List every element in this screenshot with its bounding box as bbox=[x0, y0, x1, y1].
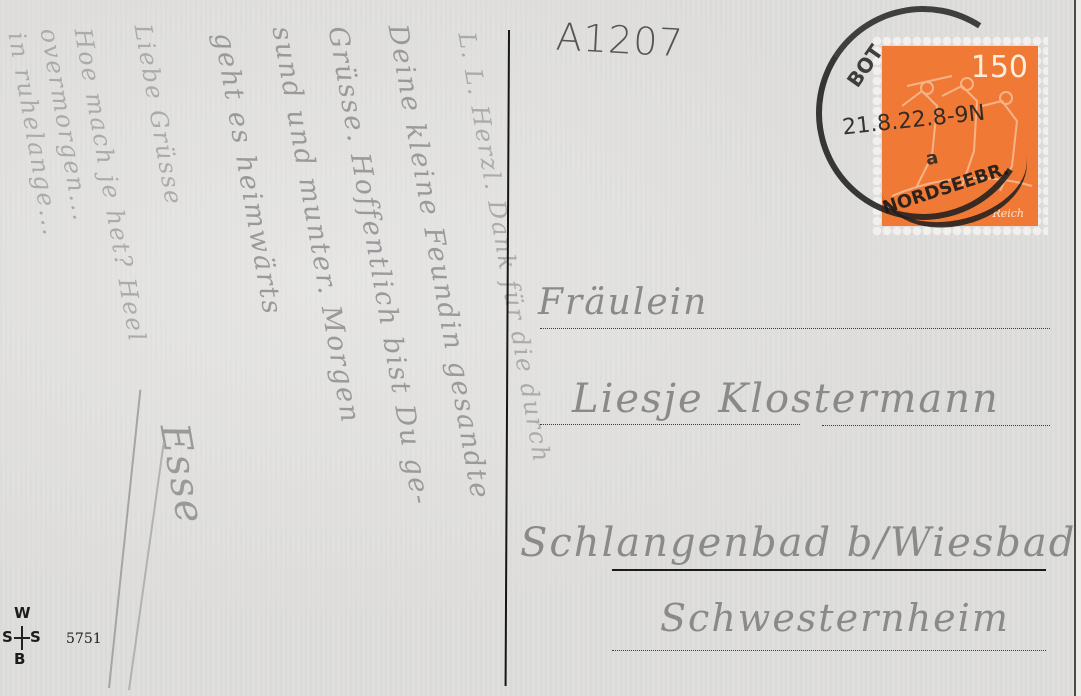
address-line-3 bbox=[612, 569, 1046, 571]
postcard-back: L. L. Herzl. Dank für die durch Deine kl… bbox=[0, 0, 1076, 696]
publisher-cross-icon bbox=[21, 626, 23, 650]
message-line: Liebe Grüsse bbox=[128, 22, 188, 208]
address-town: Schlangenbad b/Wiesbaden bbox=[520, 520, 1076, 566]
address-line-4 bbox=[612, 650, 1046, 651]
archive-number: A1207 bbox=[555, 15, 685, 66]
address-name: Liesje Klostermann bbox=[572, 376, 1000, 422]
publisher-mark: W S S B 5751 bbox=[4, 604, 114, 674]
address-line-1 bbox=[540, 328, 1050, 329]
publisher-letter-s-right: S bbox=[30, 628, 41, 646]
address-house: Schwesternheim bbox=[660, 596, 1010, 640]
pencil-line bbox=[128, 442, 165, 690]
address-line-2a bbox=[540, 424, 800, 425]
address-salutation: Fräulein bbox=[538, 282, 708, 323]
address-line-2b bbox=[822, 425, 1050, 426]
publisher-letter-b: B bbox=[14, 650, 25, 668]
catalog-number: 5751 bbox=[66, 631, 102, 647]
scan-edge bbox=[1076, 0, 1081, 696]
publisher-letter-s-left: S bbox=[2, 628, 13, 646]
publisher-letter-w: W bbox=[14, 604, 31, 622]
